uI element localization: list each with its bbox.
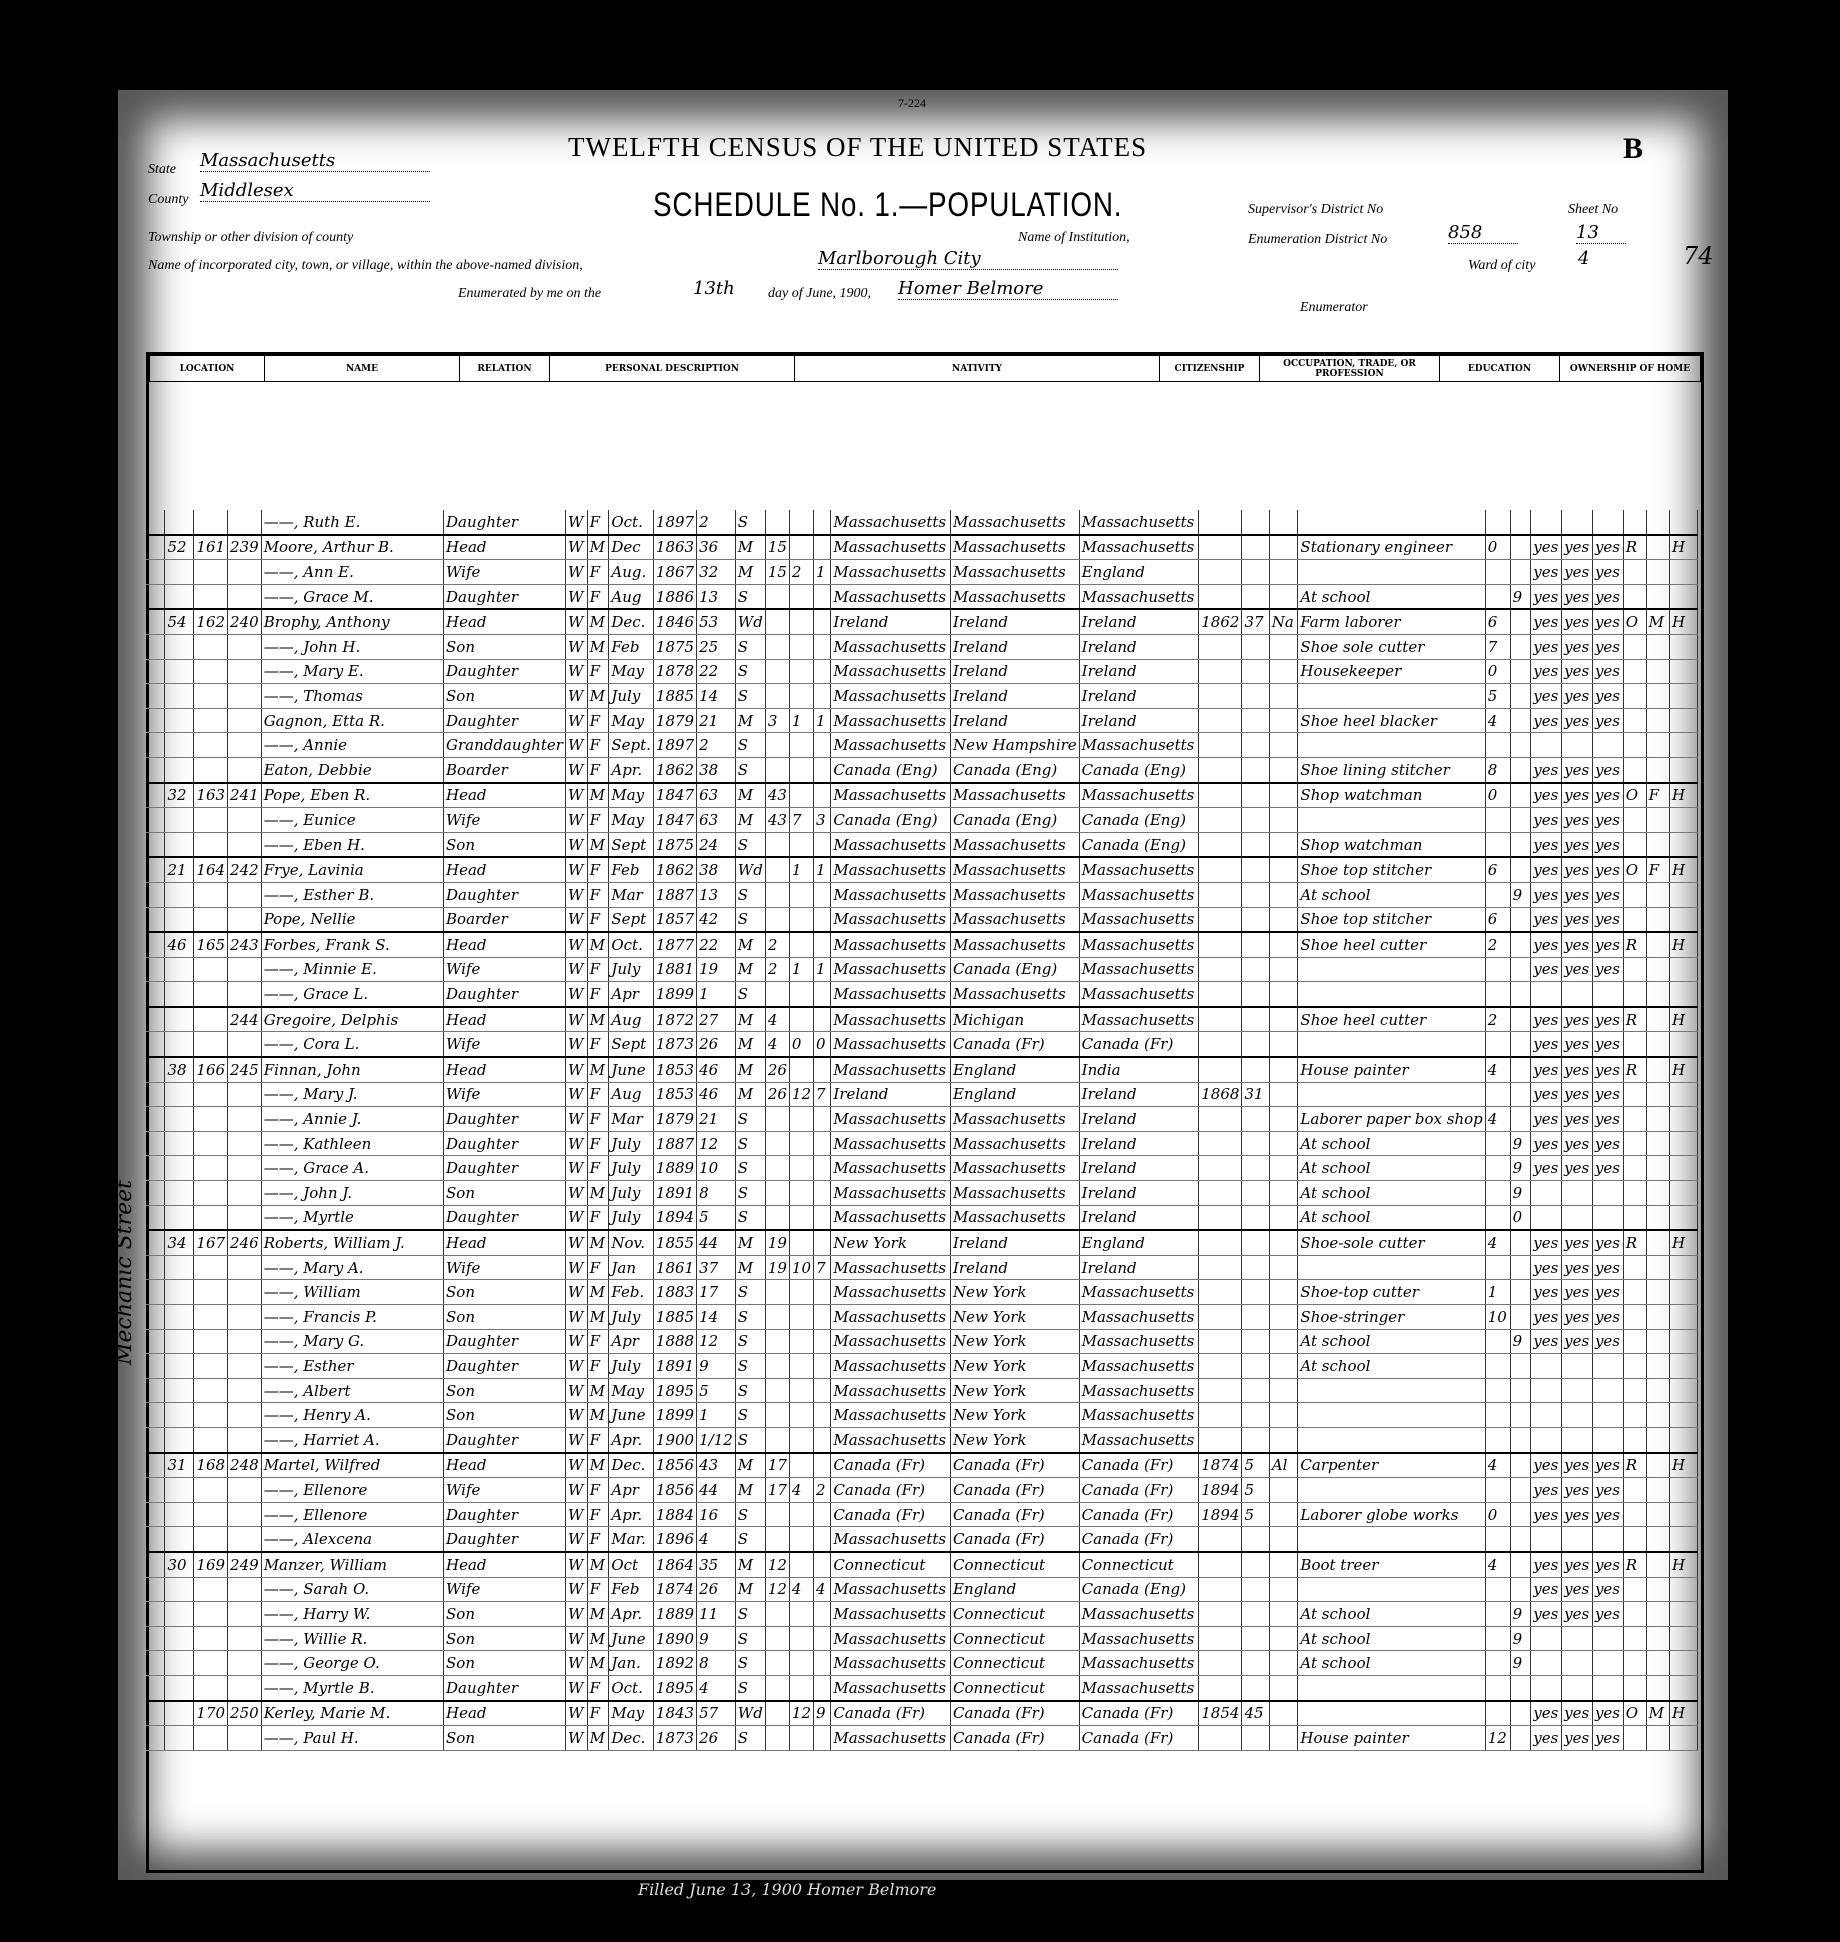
cell-ym [765, 832, 789, 857]
cell-dwelling [194, 708, 228, 733]
cell-street [146, 510, 165, 535]
cell-age: 46 [697, 1082, 736, 1107]
cell-dwelling [194, 1726, 228, 1751]
cell-name: ——, Ellenore [261, 1502, 443, 1527]
cell-street [146, 1255, 165, 1280]
cell-en: yes [1592, 1602, 1623, 1627]
cell-sch: 9 [1510, 882, 1531, 907]
cell-nat [1269, 832, 1298, 857]
cell-unemp [1485, 584, 1510, 609]
cell-mo: Jan. [609, 1651, 654, 1676]
cell-mo: Dec. [609, 1726, 654, 1751]
cell-sex: F [587, 659, 609, 684]
cell-house [165, 1205, 194, 1230]
cell-ym: 15 [765, 560, 789, 585]
cell-occ: Laborer globe works [1298, 1502, 1485, 1527]
cell-rd: yes [1531, 1032, 1562, 1057]
cell-dwelling: 170 [194, 1701, 228, 1726]
cell-mbp: Massachusetts [1079, 1602, 1199, 1627]
group-ownership: OWNERSHIP OF HOME [1560, 356, 1701, 382]
cell-name: ——, Alexcena [261, 1527, 443, 1552]
cell-occ: At school [1298, 1651, 1485, 1676]
cell-imm [1199, 783, 1242, 808]
cell-street [146, 757, 165, 782]
cell-nat [1269, 1305, 1298, 1330]
cell-mo: July [609, 957, 654, 982]
cell-sex: F [587, 510, 609, 535]
cell-lc: 0 [814, 1032, 831, 1057]
cell-rd [1531, 1527, 1562, 1552]
cell-lc [814, 1527, 831, 1552]
cell-imm [1199, 832, 1242, 857]
table-row: ——, Grace L.DaughterWFApr18991SMassachus… [146, 982, 1698, 1007]
cell-mo: Apr. [609, 1502, 654, 1527]
cell-age: 17 [697, 1280, 736, 1305]
cell-fh [1669, 1502, 1697, 1527]
cell-color: W [565, 1082, 587, 1107]
cell-imm [1199, 1181, 1242, 1206]
cell-street [146, 1131, 165, 1156]
cell-imm [1199, 1329, 1242, 1354]
cell-mo: May [609, 808, 654, 833]
cell-house: 21 [165, 857, 194, 882]
cell-dwelling [194, 1032, 228, 1057]
cell-occ: Shoe-stringer [1298, 1305, 1485, 1330]
cell-mc [789, 510, 813, 535]
cell-color: W [565, 857, 587, 882]
cell-mar: Wd [735, 609, 765, 634]
cell-lc [814, 1205, 831, 1230]
cell-street [146, 733, 165, 758]
table-row: 30169249Manzer, WilliamHeadWMOct186435M1… [146, 1552, 1698, 1577]
cell-rel: Daughter [444, 510, 566, 535]
cell-bp: Massachusetts [831, 832, 951, 857]
cell-fbp: Massachusetts [951, 1205, 1080, 1230]
cell-color: W [565, 1701, 587, 1726]
cell-lc [814, 907, 831, 932]
cell-bp: Massachusetts [831, 1403, 951, 1428]
cell-ym: 19 [765, 1230, 789, 1255]
cell-mo: Feb [609, 857, 654, 882]
cell-wr [1562, 1205, 1593, 1230]
cell-color: W [565, 733, 587, 758]
cell-sch [1510, 1057, 1531, 1082]
cell-yr: 1874 [653, 1577, 696, 1602]
enumerated-label: Enumerated by me on the [458, 286, 601, 302]
cell-own: O [1623, 857, 1646, 882]
cell-en: yes [1592, 1577, 1623, 1602]
cell-fbp: Massachusetts [951, 907, 1080, 932]
cell-unemp [1485, 560, 1510, 585]
cell-en: yes [1592, 783, 1623, 808]
cell-mar: S [735, 882, 765, 907]
cell-yr: 1843 [653, 1701, 696, 1726]
cell-dwelling: 169 [194, 1552, 228, 1577]
cell-mar: M [735, 1255, 765, 1280]
cell-color: W [565, 708, 587, 733]
cell-family [228, 684, 262, 709]
cell-yus [1242, 1378, 1269, 1403]
cell-yr: 1897 [653, 733, 696, 758]
cell-fbp: Massachusetts [951, 1107, 1080, 1132]
cell-own [1623, 684, 1646, 709]
cell-color: W [565, 1651, 587, 1676]
cell-mbp: Massachusetts [1079, 510, 1199, 535]
cell-fh: H [1669, 535, 1697, 560]
cell-own [1623, 1205, 1646, 1230]
cell-sex: F [587, 1577, 609, 1602]
cell-rel: Daughter [444, 1329, 566, 1354]
cell-mbp: Canada (Eng) [1079, 757, 1199, 782]
cell-bp: Canada (Fr) [831, 1478, 951, 1503]
cell-fbp: Ireland [951, 1230, 1080, 1255]
cell-en: yes [1592, 634, 1623, 659]
cell-wr: yes [1562, 1602, 1593, 1627]
cell-rd: yes [1531, 1329, 1562, 1354]
cell-mo: Feb [609, 634, 654, 659]
cell-fh [1669, 1527, 1697, 1552]
cell-unemp: 1 [1485, 1280, 1510, 1305]
cell-unemp: 4 [1485, 1057, 1510, 1082]
cell-family [228, 1156, 262, 1181]
cell-mbp: Massachusetts [1079, 1675, 1199, 1700]
cell-yus [1242, 510, 1269, 535]
cell-name: Kerley, Marie M. [261, 1701, 443, 1726]
cell-mo: Dec [609, 535, 654, 560]
cell-mc: 12 [789, 1082, 813, 1107]
cell-wr: yes [1562, 708, 1593, 733]
cell-wr: yes [1562, 757, 1593, 782]
cell-ym: 43 [765, 783, 789, 808]
cell-nat [1269, 1577, 1298, 1602]
cell-sch [1510, 634, 1531, 659]
sheet-label: Sheet No [1568, 202, 1618, 218]
cell-nat [1269, 1131, 1298, 1156]
cell-occ [1298, 1427, 1485, 1452]
cell-house [165, 1478, 194, 1503]
cell-age: 43 [697, 1453, 736, 1478]
cell-mo: July [609, 1131, 654, 1156]
cell-sch [1510, 1305, 1531, 1330]
cell-yr: 1886 [653, 584, 696, 609]
cell-sch [1510, 560, 1531, 585]
group-education: EDUCATION [1440, 356, 1560, 382]
cell-sch [1510, 957, 1531, 982]
cell-fbp: New York [951, 1427, 1080, 1452]
cell-yus: 5 [1242, 1453, 1269, 1478]
cell-rel: Head [444, 1230, 566, 1255]
cell-name: ——, Eben H. [261, 832, 443, 857]
cell-sex: F [587, 1427, 609, 1452]
cell-rd: yes [1531, 1552, 1562, 1577]
cell-imm [1199, 510, 1242, 535]
cell-yus [1242, 1552, 1269, 1577]
table-row: ——, Harriet A.DaughterWFApr.19001/12SMas… [146, 1427, 1698, 1452]
cell-rd [1531, 1427, 1562, 1452]
cell-fh [1669, 1205, 1697, 1230]
cell-en: yes [1592, 832, 1623, 857]
cell-mbp: Massachusetts [1079, 1626, 1199, 1651]
cell-mo: Apr [609, 982, 654, 1007]
cell-name: ——, Sarah O. [261, 1577, 443, 1602]
cell-name: ——, John H. [261, 634, 443, 659]
cell-occ: Shop watchman [1298, 783, 1485, 808]
census-sheet: 7-224 TWELFTH CENSUS OF THE UNITED STATE… [118, 90, 1728, 1880]
cell-fh [1669, 584, 1697, 609]
cell-fbp: Massachusetts [951, 1156, 1080, 1181]
cell-street [146, 1403, 165, 1428]
cell-fh: H [1669, 1057, 1697, 1082]
cell-wr: yes [1562, 1577, 1593, 1602]
cell-yus [1242, 1329, 1269, 1354]
cell-fm [1646, 708, 1669, 733]
cell-own [1623, 1131, 1646, 1156]
cell-nat [1269, 1230, 1298, 1255]
cell-yus [1242, 1651, 1269, 1676]
cell-lc [814, 882, 831, 907]
cell-unemp [1485, 1527, 1510, 1552]
enumerator-label: Enumerator [1300, 300, 1368, 316]
cell-fm [1646, 510, 1669, 535]
cell-rd [1531, 1354, 1562, 1379]
cell-lc [814, 1107, 831, 1132]
cell-en: yes [1592, 659, 1623, 684]
cell-sex: F [587, 907, 609, 932]
cell-en [1592, 1626, 1623, 1651]
cell-dwelling [194, 659, 228, 684]
cell-name: ——, Paul H. [261, 1726, 443, 1751]
cell-nat [1269, 1403, 1298, 1428]
cell-age: 19 [697, 957, 736, 982]
cell-fh [1669, 659, 1697, 684]
cell-lc [814, 1427, 831, 1452]
cell-yus [1242, 1057, 1269, 1082]
cell-own [1623, 957, 1646, 982]
cell-house [165, 757, 194, 782]
cell-mar: M [735, 1082, 765, 1107]
cell-mbp: Massachusetts [1079, 783, 1199, 808]
cell-yr: 1853 [653, 1082, 696, 1107]
cell-fh [1669, 1082, 1697, 1107]
cell-mbp: Ireland [1079, 634, 1199, 659]
cell-street [146, 907, 165, 932]
cell-occ: At school [1298, 1329, 1485, 1354]
cell-street [146, 1329, 165, 1354]
cell-rel: Son [444, 1651, 566, 1676]
cell-dwelling: 166 [194, 1057, 228, 1082]
cell-fm [1646, 1378, 1669, 1403]
cell-own [1623, 1329, 1646, 1354]
cell-street [146, 1280, 165, 1305]
cell-yr: 1892 [653, 1651, 696, 1676]
cell-fm [1646, 1230, 1669, 1255]
cell-yus [1242, 757, 1269, 782]
cell-fbp: Ireland [951, 708, 1080, 733]
cell-yus [1242, 1255, 1269, 1280]
cell-age: 44 [697, 1478, 736, 1503]
cell-bp: Massachusetts [831, 982, 951, 1007]
cell-rel: Son [444, 1280, 566, 1305]
cell-fm [1646, 1156, 1669, 1181]
cell-fm [1646, 1205, 1669, 1230]
cell-dwelling [194, 1527, 228, 1552]
cell-rel: Head [444, 1007, 566, 1032]
cell-age: 26 [697, 1577, 736, 1602]
cell-house [165, 1156, 194, 1181]
cell-dwelling [194, 1007, 228, 1032]
cell-mo: Oct. [609, 510, 654, 535]
cell-name: ——, Willie R. [261, 1626, 443, 1651]
cell-sex: M [587, 1181, 609, 1206]
cell-en: yes [1592, 1230, 1623, 1255]
cell-fh [1669, 1577, 1697, 1602]
cell-name: ——, Kathleen [261, 1131, 443, 1156]
cell-mo: May [609, 783, 654, 808]
cell-ym: 43 [765, 808, 789, 833]
cell-mc [789, 1181, 813, 1206]
cell-own [1623, 584, 1646, 609]
cell-fm [1646, 535, 1669, 560]
cell-mbp: Ireland [1079, 1205, 1199, 1230]
cell-name: ——, Harriet A. [261, 1427, 443, 1452]
cell-mc [789, 882, 813, 907]
cell-ym: 15 [765, 535, 789, 560]
cell-imm [1199, 1057, 1242, 1082]
cell-wr: yes [1562, 1131, 1593, 1156]
cell-lc [814, 757, 831, 782]
cell-mar: M [735, 1552, 765, 1577]
table-row: Pope, NellieBoarderWFSept185742SMassachu… [146, 907, 1698, 932]
cell-mc [789, 733, 813, 758]
cell-own [1623, 1378, 1646, 1403]
cell-imm [1199, 1427, 1242, 1452]
cell-family [228, 1577, 262, 1602]
cell-mar: S [735, 1305, 765, 1330]
cell-own [1623, 1527, 1646, 1552]
cell-mc [789, 1007, 813, 1032]
cell-rel: Daughter [444, 1107, 566, 1132]
cell-occ [1298, 1527, 1485, 1552]
cell-sex: F [587, 708, 609, 733]
cell-rd [1531, 1205, 1562, 1230]
cell-name: Brophy, Anthony [261, 609, 443, 634]
cell-color: W [565, 783, 587, 808]
cell-fbp: New York [951, 1329, 1080, 1354]
cell-mo: Jan [609, 1255, 654, 1280]
cell-street [146, 1107, 165, 1132]
cell-unemp: 4 [1485, 1552, 1510, 1577]
sheet-header: 7-224 TWELFTH CENSUS OF THE UNITED STATE… [118, 90, 1728, 350]
cell-name: ——, Mary G. [261, 1329, 443, 1354]
cell-name: ——, Cora L. [261, 1032, 443, 1057]
cell-mc [789, 1403, 813, 1428]
cell-imm [1199, 857, 1242, 882]
cell-mo: Oct [609, 1552, 654, 1577]
cell-en [1592, 1181, 1623, 1206]
cell-nat [1269, 1156, 1298, 1181]
cell-rel: Daughter [444, 1427, 566, 1452]
cell-mar: S [735, 907, 765, 932]
cell-sch [1510, 808, 1531, 833]
cell-street [146, 1032, 165, 1057]
cell-mbp: Canada (Fr) [1079, 1701, 1199, 1726]
cell-fbp: Canada (Fr) [951, 1453, 1080, 1478]
cell-name: ——, Annie [261, 733, 443, 758]
table-row: ——, ThomasSonWMJuly188514SMassachusettsI… [146, 684, 1698, 709]
cell-own: R [1623, 1007, 1646, 1032]
cell-rd: yes [1531, 684, 1562, 709]
cell-name: ——, Ann E. [261, 560, 443, 585]
cell-rel: Wife [444, 1478, 566, 1503]
cell-occ [1298, 957, 1485, 982]
cell-fh [1669, 1354, 1697, 1379]
cell-sch [1510, 535, 1531, 560]
cell-house: 34 [165, 1230, 194, 1255]
form-number: 7-224 [898, 96, 926, 111]
cell-own [1623, 832, 1646, 857]
cell-family [228, 1255, 262, 1280]
cell-street [146, 708, 165, 733]
cell-house: 46 [165, 932, 194, 957]
cell-nat [1269, 1354, 1298, 1379]
cell-color: W [565, 1181, 587, 1206]
cell-mbp: Canada (Fr) [1079, 1032, 1199, 1057]
cell-mc [789, 1626, 813, 1651]
cell-own [1623, 510, 1646, 535]
cell-yus [1242, 1181, 1269, 1206]
cell-wr: yes [1562, 684, 1593, 709]
cell-ym [765, 1354, 789, 1379]
cell-mo: Aug [609, 1082, 654, 1107]
cell-sch [1510, 609, 1531, 634]
cell-mo: Mar. [609, 1527, 654, 1552]
cell-sex: F [587, 1502, 609, 1527]
cell-age: 25 [697, 634, 736, 659]
cell-nat: Na [1269, 609, 1298, 634]
cell-street [146, 1181, 165, 1206]
table-row: ——, George O.SonWMJan.18928SMassachusett… [146, 1651, 1698, 1676]
cell-sex: F [587, 857, 609, 882]
cell-mar: S [735, 757, 765, 782]
cell-family [228, 1403, 262, 1428]
cell-occ: Shoe-sole cutter [1298, 1230, 1485, 1255]
cell-mar: S [735, 1131, 765, 1156]
cell-bp: Massachusetts [831, 1651, 951, 1676]
cell-sex: M [587, 1726, 609, 1751]
cell-fbp: New York [951, 1378, 1080, 1403]
cell-lc [814, 684, 831, 709]
cell-street [146, 1701, 165, 1726]
cell-mc [789, 1131, 813, 1156]
table-row: ——, Annie J.DaughterWFMar187921SMassachu… [146, 1107, 1698, 1132]
cell-mar: M [735, 1453, 765, 1478]
cell-unemp [1485, 808, 1510, 833]
cell-color: W [565, 882, 587, 907]
cell-wr: yes [1562, 1280, 1593, 1305]
cell-lc: 1 [814, 708, 831, 733]
cell-color: W [565, 560, 587, 585]
cell-family [228, 982, 262, 1007]
cell-dwelling [194, 1354, 228, 1379]
cell-ym [765, 882, 789, 907]
cell-yr: 1856 [653, 1453, 696, 1478]
cell-mo: Apr [609, 1329, 654, 1354]
cell-sex: F [587, 1354, 609, 1379]
cell-mbp: Canada (Fr) [1079, 1478, 1199, 1503]
cell-yus: 45 [1242, 1701, 1269, 1726]
cell-bp: Massachusetts [831, 560, 951, 585]
cell-wr: yes [1562, 1057, 1593, 1082]
